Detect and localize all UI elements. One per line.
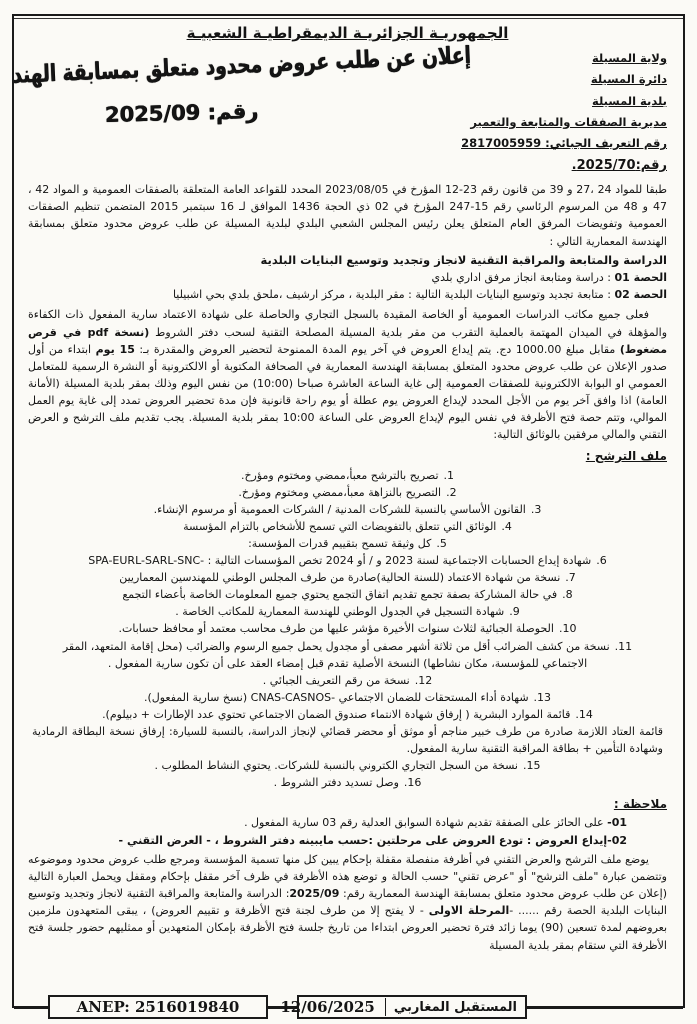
lot-1: الحصة 01 : دراسة ومتابعة انجاز مرفق ادار… bbox=[28, 269, 667, 286]
list-item-number: 12. bbox=[415, 674, 433, 687]
list-item-number: 15. bbox=[523, 759, 541, 772]
candidacy-list-item: 8.في حالة المشاركة بصفة تجمع تقديم اتفاق… bbox=[28, 586, 667, 603]
note-2: 02-إيداع العروض : تودع العروض على مرحلتي… bbox=[28, 832, 667, 850]
note-1: 01- على الحائز على الصفقة تقديم شهادة ال… bbox=[28, 814, 667, 832]
list-item-text: الوثائق التي تتعلق بالتفويضات التي تسمح … bbox=[183, 520, 496, 533]
candidacy-list-item: 7.نسخة من شهادة الاعتماد (للسنة الحالية)… bbox=[28, 569, 667, 586]
candidacy-list-item: 13.شهادة أداء المستحقات للضمان الاجتماعي… bbox=[28, 689, 667, 706]
candidacy-list-item: 2.التصريح بالنزاهة معبأ،ممضي ومختوم ومؤر… bbox=[28, 484, 667, 501]
closing-paragraph: يوضع ملف الترشح والعرض التقني في أظرفة م… bbox=[28, 851, 667, 953]
list-item-text: كل وثيقة تسمح بتقييم قدرات المؤسسة: bbox=[248, 537, 431, 550]
authority-line: ولاية المسيلة bbox=[471, 48, 667, 69]
list-item-number: 5. bbox=[436, 537, 447, 550]
list-item-text: القانون الأساسي بالنسبة للشركات المدنية … bbox=[154, 503, 526, 516]
candidacy-list-item: 6.شهادة إيداع الحسابات الاجتماعية لسنة 2… bbox=[28, 552, 667, 569]
list-item-number: 1. bbox=[444, 469, 455, 482]
candidacy-file-heading: ملف الترشح : bbox=[28, 447, 667, 466]
authority-line: بلدية المسيلة bbox=[471, 91, 667, 112]
document-page: الجمهوريـة الجزائريـة الديمقراطيـة الشعب… bbox=[0, 0, 697, 1024]
list-item-number: 11. bbox=[615, 640, 633, 653]
list-item-text: في حالة المشاركة بصفة تجمع تقديم اتفاق ا… bbox=[122, 588, 557, 601]
list-item-number: 2. bbox=[446, 486, 457, 499]
candidacy-list: 1.تصريح بالترشح معبأ،ممضي ومختوم ومؤرخ.2… bbox=[28, 467, 667, 791]
anep-reference-box: ANEP: 2516019840 bbox=[48, 995, 268, 1019]
list-item-text: وصل تسديد دفتر الشروط . bbox=[274, 776, 399, 789]
list-item-number: 9. bbox=[509, 605, 520, 618]
list-item-number: 8. bbox=[562, 588, 573, 601]
list-item-text: نسخة من رقم التعريف الجبائي . bbox=[263, 674, 410, 687]
project-title: الدراسة والمتابعة والمراقبة التقنية لانج… bbox=[28, 252, 667, 270]
anep-number: ANEP: 2516019840 bbox=[77, 998, 240, 1016]
candidacy-list-item: 9.شهادة التسجيل في الجدول الوطني للهندسة… bbox=[28, 603, 667, 620]
authority-line: رقم:2025/70. bbox=[471, 154, 667, 178]
candidacy-list-item: 15.نسخة من السجل التجاري الكتروني بالنسب… bbox=[28, 757, 667, 774]
candidacy-list-item: 14.قائمة الموارد البشرية ( إرفاق شهادة ا… bbox=[28, 706, 667, 723]
list-item-text: شهادة إيداع الحسابات الاجتماعية لسنة 202… bbox=[88, 554, 591, 567]
list-item-text: تصريح بالترشح معبأ،ممضي ومختوم ومؤرخ. bbox=[241, 469, 439, 482]
candidacy-list-item: 3.القانون الأساسي بالنسبة للشركات المدني… bbox=[28, 501, 667, 518]
legal-intro-paragraph: طبقا للمواد 24 ،27 و 39 من قانون رقم 23-… bbox=[28, 181, 667, 249]
note-heading: ملاحظة : bbox=[28, 795, 667, 814]
republic-title: الجمهوريـة الجزائريـة الديمقراطيـة الشعب… bbox=[28, 24, 667, 42]
list-item-number: 10. bbox=[559, 622, 577, 635]
list-item-text: الحوصلة الجبائية لثلاث سنوات الأخيرة مؤش… bbox=[119, 622, 554, 635]
list-item-number: 14. bbox=[575, 708, 593, 721]
title-block: إعلان عن طلب عروض محدود متعلق بمسابقة ال… bbox=[12, 44, 471, 178]
candidacy-list-item: 1.تصريح بالترشح معبأ،ممضي ومختوم ومؤرخ. bbox=[28, 467, 667, 484]
authority-line: مديرية الصفقات والمتابعة والتعمير bbox=[471, 112, 667, 133]
lot-2: الحصة 02 : متابعة تجديد وتوسيع البنايات … bbox=[28, 286, 667, 303]
list-item-text: شهادة أداء المستحقات للضمان الاجتماعي -C… bbox=[144, 691, 529, 704]
main-paragraph: فعلى جميع مكاتب الدراسات العمومية أو الخ… bbox=[28, 306, 667, 442]
candidacy-list-item: 5.كل وثيقة تسمح بتقييم قدرات المؤسسة: bbox=[28, 535, 667, 552]
announcement-title: إعلان عن طلب عروض محدود متعلق بمسابقة ال… bbox=[12, 42, 471, 94]
list-item-text: نسخة من كشف الضرائب أقل من ثلاثة أشهر مص… bbox=[63, 640, 610, 670]
list-item-text: قائمة الموارد البشرية ( إرفاق شهادة الان… bbox=[102, 708, 570, 721]
journal-box: المستقبل المغاربي 12/06/2025 bbox=[297, 995, 527, 1019]
journal-name: المستقبل المغاربي bbox=[394, 1000, 517, 1015]
candidacy-list-item: 11.نسخة من كشف الضرائب أقل من ثلاثة أشهر… bbox=[28, 638, 667, 672]
list-item-text: نسخة من شهادة الاعتماد (للسنة الحالية)صا… bbox=[119, 571, 560, 584]
document-header: ولاية المسيلةدائرة المسيلةبلدية المسيلةم… bbox=[28, 44, 667, 178]
candidacy-list-item: قائمة العتاد اللازمة صادرة من طرف خبير م… bbox=[28, 723, 667, 757]
announcement-number: رقم: 2025/09 bbox=[12, 93, 471, 132]
list-item-number: 6. bbox=[596, 554, 607, 567]
list-item-number: 13. bbox=[534, 691, 552, 704]
list-item-number: 3. bbox=[531, 503, 542, 516]
publication-date: 12/06/2025 bbox=[280, 998, 385, 1016]
candidacy-list-item: 12.نسخة من رقم التعريف الجبائي . bbox=[28, 672, 667, 689]
authority-line: رقم التعريف الجبائي: 2817005959 bbox=[471, 133, 667, 154]
candidacy-list-item: 10.الحوصلة الجبائية لثلاث سنوات الأخيرة … bbox=[28, 620, 667, 637]
authority-block: ولاية المسيلةدائرة المسيلةبلدية المسيلةم… bbox=[471, 44, 667, 178]
list-item-number: 4. bbox=[501, 520, 512, 533]
list-item-number: 7. bbox=[565, 571, 576, 584]
list-item-text: نسخة من السجل التجاري الكتروني بالنسبة ل… bbox=[154, 759, 518, 772]
list-item-text: التصريح بالنزاهة معبأ،ممضي ومختوم ومؤرخ. bbox=[238, 486, 441, 499]
document-frame: الجمهوريـة الجزائريـة الديمقراطيـة الشعب… bbox=[12, 14, 685, 1008]
candidacy-list-item: 16.وصل تسديد دفتر الشروط . bbox=[28, 774, 667, 791]
list-item-text: شهادة التسجيل في الجدول الوطني للهندسة ا… bbox=[175, 605, 504, 618]
authority-line: دائرة المسيلة bbox=[471, 69, 667, 90]
list-item-text: قائمة العتاد اللازمة صادرة من طرف خبير م… bbox=[32, 725, 663, 755]
candidacy-list-item: 4.الوثائق التي تتعلق بالتفويضات التي تسم… bbox=[28, 518, 667, 535]
list-item-number: 16. bbox=[404, 776, 422, 789]
